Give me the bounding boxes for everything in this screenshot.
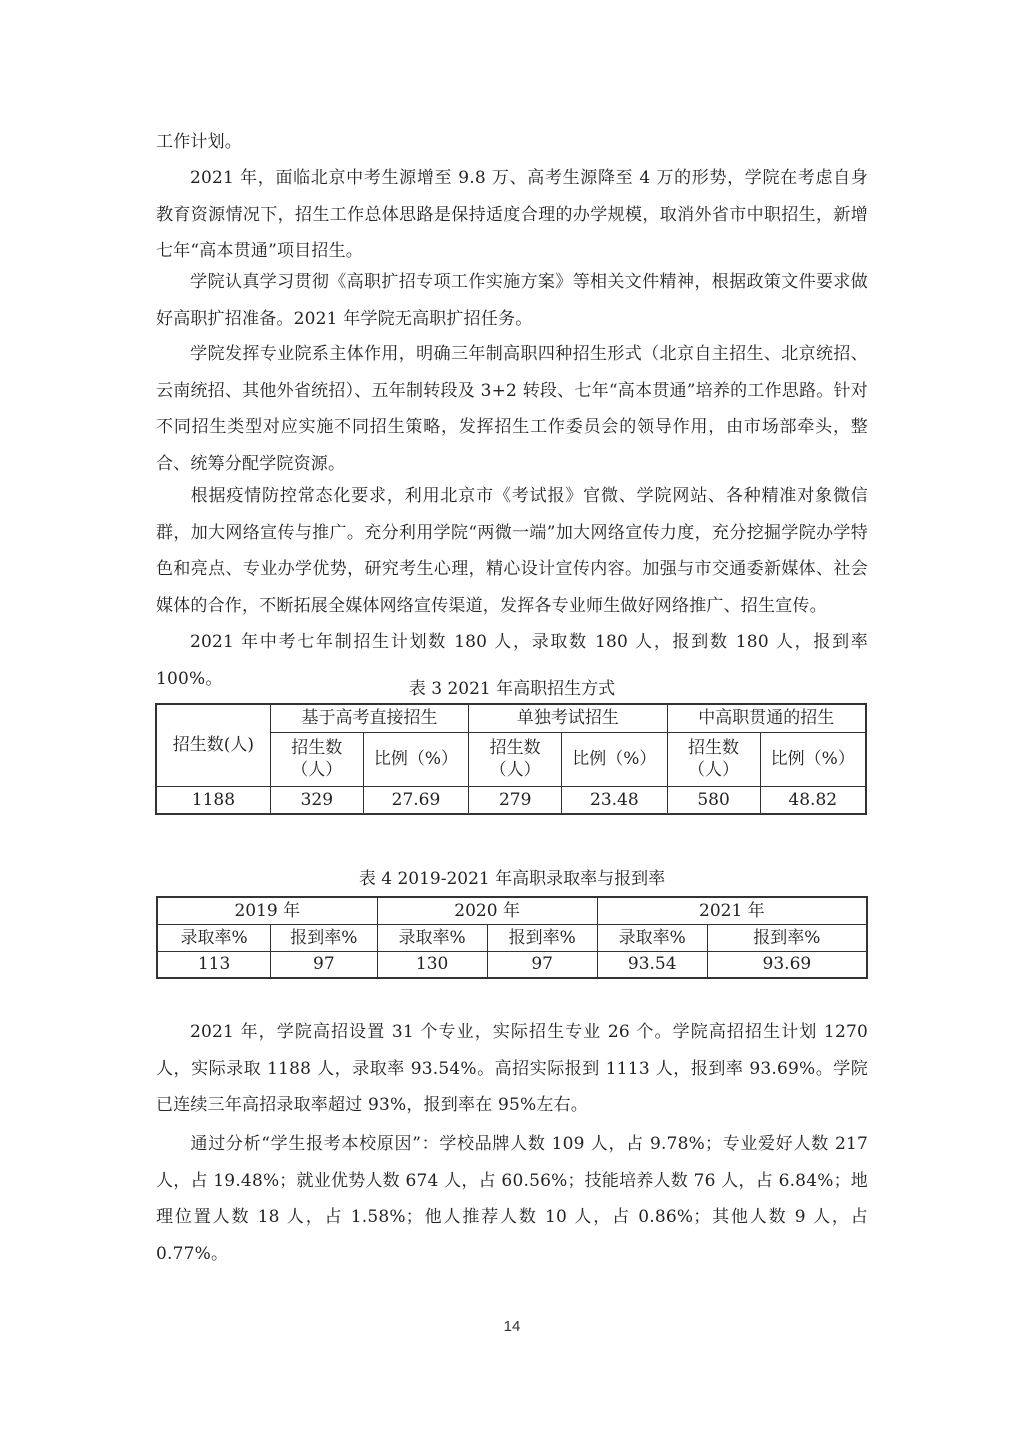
table4-year-header: 2019 年 bbox=[157, 897, 377, 924]
table3-cell: 23.48 bbox=[562, 786, 667, 814]
table4-cell: 113 bbox=[157, 951, 271, 978]
table4-caption: 表 4 2019-2021 年高职录取率与报到率 bbox=[156, 864, 868, 889]
table3-group-header: 中高职贯通的招生 bbox=[667, 704, 866, 732]
table4-report-header: 报到率% bbox=[487, 924, 597, 951]
table3-cell: 580 bbox=[667, 786, 760, 814]
table3-count-header: 招生数（人） bbox=[667, 732, 760, 786]
paragraph-6: 2021 年，学院高招设置 31 个专业，实际招生专业 26 个。学院高招招生计… bbox=[156, 1014, 868, 1124]
table3-total-header: 招生数(人) bbox=[156, 704, 270, 786]
table4-admit-header: 录取率% bbox=[157, 924, 271, 951]
table4-row: 113 97 130 97 93.54 93.69 bbox=[157, 951, 867, 978]
table3-cell: 27.69 bbox=[363, 786, 468, 814]
paragraph-1: 2021 年，面临北京中考生源增至 9.8 万、高考生源降至 4 万的形势，学院… bbox=[156, 160, 868, 270]
table4-cell: 93.69 bbox=[707, 951, 867, 978]
table3-cell: 48.82 bbox=[760, 786, 866, 814]
paragraph-2: 学院认真学习贯彻《高职扩招专项工作实施方案》等相关文件精神，根据政策文件要求做好… bbox=[156, 264, 868, 337]
table3-row: 1188 329 27.69 279 23.48 580 48.82 bbox=[156, 786, 866, 814]
paragraph-7: 通过分析“学生报考本校原因”：学校品牌人数 109 人，占 9.78%；专业爱好… bbox=[156, 1126, 868, 1272]
table4-admit-header: 录取率% bbox=[377, 924, 487, 951]
table4-cell: 93.54 bbox=[597, 951, 707, 978]
table4-report-header: 报到率% bbox=[271, 924, 378, 951]
table3-ratio-header: 比例（%） bbox=[562, 732, 667, 786]
table4-admit-header: 录取率% bbox=[597, 924, 707, 951]
document-page: 工作计划。 2021 年，面临北京中考生源增至 9.8 万、高考生源降至 4 万… bbox=[0, 0, 1024, 1448]
table4-cell: 97 bbox=[271, 951, 378, 978]
table3-recruitment-methods: 招生数(人) 基于高考直接招生 单独考试招生 中高职贯通的招生 招生数（人） 比… bbox=[155, 703, 867, 815]
table4-admission-report-rates: 2019 年 2020 年 2021 年 录取率% 报到率% 录取率% 报到率%… bbox=[156, 896, 868, 979]
table3-count-header: 招生数（人） bbox=[270, 732, 363, 786]
page-number: 14 bbox=[0, 1318, 1024, 1335]
paragraph-4: 根据疫情防控常态化要求，利用北京市《考试报》官微、学院网站、各种精准对象微信群，… bbox=[156, 478, 868, 624]
table3-group-header: 单独考试招生 bbox=[469, 704, 667, 732]
table4-year-header: 2020 年 bbox=[377, 897, 597, 924]
paragraph-3: 学院发挥专业院系主体作用，明确三年制高职四种招生形式（北京自主招生、北京统招、云… bbox=[156, 336, 868, 482]
table4-year-header: 2021 年 bbox=[597, 897, 867, 924]
table3-count-header: 招生数（人） bbox=[469, 732, 562, 786]
table3-caption: 表 3 2021 年高职招生方式 bbox=[156, 674, 868, 699]
table3-ratio-header: 比例（%） bbox=[760, 732, 866, 786]
paragraph-0: 工作计划。 bbox=[156, 124, 868, 161]
table3-cell: 279 bbox=[469, 786, 562, 814]
table3-ratio-header: 比例（%） bbox=[363, 732, 468, 786]
table4-cell: 97 bbox=[487, 951, 597, 978]
table4-report-header: 报到率% bbox=[707, 924, 867, 951]
table3-cell: 329 bbox=[270, 786, 363, 814]
table3-group-header: 基于高考直接招生 bbox=[270, 704, 468, 732]
table4-cell: 130 bbox=[377, 951, 487, 978]
table3-cell-total: 1188 bbox=[156, 786, 270, 814]
